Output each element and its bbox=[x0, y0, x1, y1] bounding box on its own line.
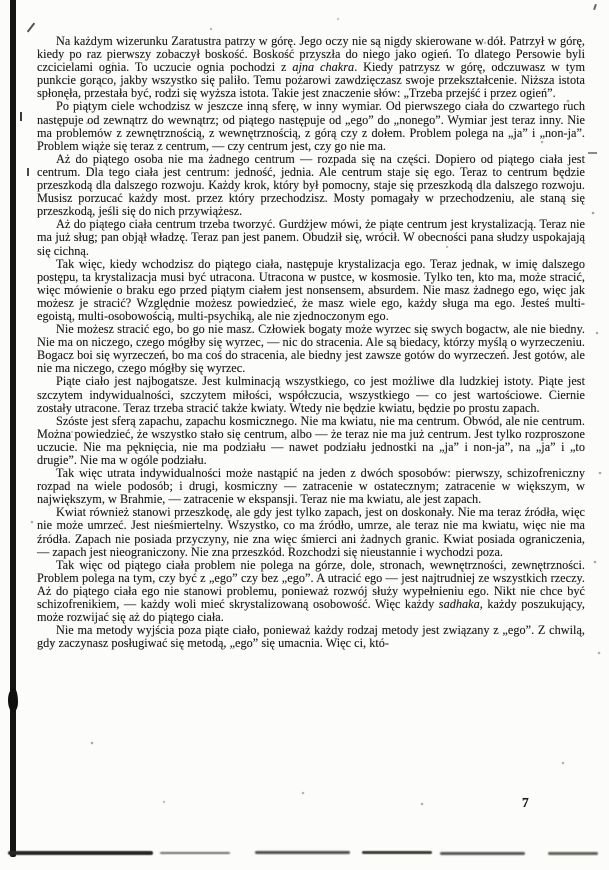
text-block: Na każdym wizerunku Zaratustra patrzy w … bbox=[37, 35, 585, 650]
scan-smudge bbox=[362, 851, 432, 854]
paragraph: Piąte ciało jest najbogatsze. Jest kulmi… bbox=[37, 375, 585, 414]
scan-artifact-dash bbox=[588, 152, 597, 154]
paragraph: Kwiat również stanowi przeszkodę, ale gd… bbox=[37, 506, 585, 558]
paragraph: Aż do piątego ciała centrum trzeba tworz… bbox=[37, 218, 585, 257]
scan-artifact-tick bbox=[27, 168, 29, 176]
scanned-book-page: Na każdym wizerunku Zaratustra patrzy w … bbox=[0, 0, 609, 870]
paragraph: Tak więc utrata indywidualności może nas… bbox=[37, 467, 585, 506]
page-number: 7 bbox=[522, 795, 529, 811]
scan-smudge bbox=[255, 851, 350, 854]
paragraph: Nie ma metody wyjścia poza piąte ciało, … bbox=[37, 624, 585, 650]
scan-smudge bbox=[548, 852, 598, 855]
paragraph: Tak więc od piątego ciała problem nie po… bbox=[37, 559, 585, 624]
scan-gutter-blob bbox=[8, 688, 18, 712]
scan-artifact-slash bbox=[27, 23, 35, 33]
paragraph: Szóste jest sferą zapachu, zapachu kosmi… bbox=[37, 415, 585, 467]
scan-gutter-bar bbox=[10, 0, 16, 857]
scan-artifact-mark bbox=[593, 4, 597, 10]
scan-noise-speckles bbox=[0, 0, 2, 2]
scan-smudge bbox=[440, 852, 525, 855]
paragraph: Po piątym ciele wchodzisz w jeszcze inną… bbox=[37, 100, 585, 152]
scan-smudge bbox=[160, 852, 230, 854]
scan-smudge bbox=[8, 851, 153, 855]
paragraph: Nie możesz stracić ego, bo go nie masz. … bbox=[37, 323, 585, 375]
paragraph: Na każdym wizerunku Zaratustra patrzy w … bbox=[37, 35, 585, 100]
paragraph: Aż do piątego osoba nie ma żadnego centr… bbox=[37, 153, 585, 218]
paragraph: Tak więc, kiedy wchodzisz do piątego cia… bbox=[37, 258, 585, 323]
scan-artifact-tick bbox=[20, 112, 22, 121]
